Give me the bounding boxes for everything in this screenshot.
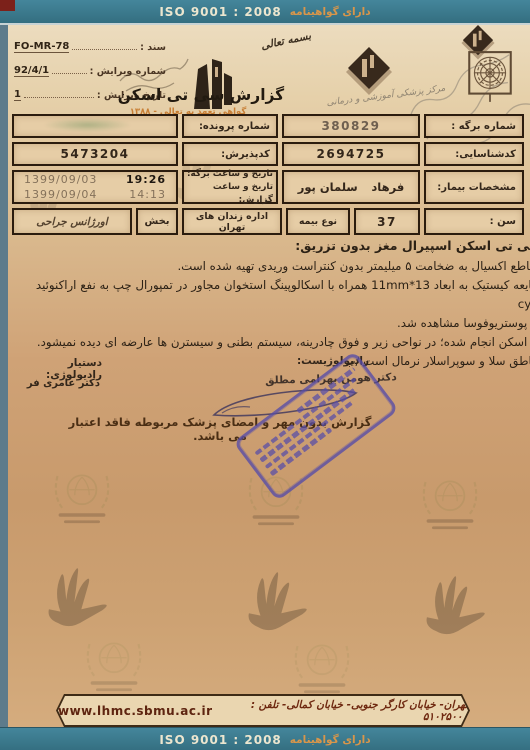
id-code-label-cell: کدشناسایی:	[424, 142, 524, 166]
report-heading: سی تی اسکن اسپیرال مغز بدون تزریق:	[10, 238, 530, 253]
hospital-building-icon	[188, 53, 238, 113]
table-row: شماره برگه : 380829 شماره پرونده:	[12, 114, 524, 138]
id-code-value-cell: 2694725	[282, 142, 420, 166]
stamp-smudge	[43, 118, 132, 132]
patient-label-cell: مشخصات بیمار:	[424, 170, 524, 204]
address-box: تهران- خیابان کارگر جنوبی- خیابان کمالی-…	[56, 694, 470, 727]
file-number-value-cell	[12, 114, 178, 138]
age-label-cell: سن :	[424, 208, 524, 235]
wreath-watermark-icon	[36, 461, 128, 533]
doc-code-row: سند : FO-MR-78	[14, 29, 166, 53]
iso-certificate-banner-bottom: دارای گواهینامه ISO 9001 : 2008	[0, 727, 530, 750]
iso-9001-label: ISO 9001 : 2008	[159, 733, 281, 747]
wreath-watermark-icon	[404, 467, 496, 539]
besmele-calligraphy: بسمه تعالی	[244, 26, 329, 55]
scan-corner-mark	[0, 0, 15, 11]
certificate-label: دارای گواهینامه	[290, 734, 371, 746]
patient-first-name: فرهاد	[371, 180, 404, 194]
report-line: در پوستریوفوسا مشاهده شد.	[10, 314, 530, 333]
patient-name-cell: فرهاد سلمان پور	[282, 170, 420, 204]
insurance-value-cell: اداره زندان های تهران	[182, 208, 282, 235]
report-body: سی تی اسکن اسپیرال مغز بدون تزریق: مقاطع…	[10, 238, 530, 371]
insurance-type-label-cell: نوع بیمه	[286, 208, 350, 235]
patient-info-table: شماره برگه : 380829 شماره پرونده: کدشناس…	[12, 114, 524, 239]
dove-watermark-icon	[42, 563, 116, 637]
report-date: 1399/09/04	[24, 187, 97, 202]
certificate-label: دارای گواهینامه	[290, 6, 371, 18]
report-time: 14:13	[129, 187, 166, 202]
ward-value-cell: اورژانس جراحی	[12, 208, 132, 235]
sheet-time: 19:26	[126, 172, 166, 187]
file-number-label-cell: شماره پرونده:	[182, 114, 278, 138]
hospital-website: www.lhmc.sbmu.ac.ir	[58, 704, 213, 718]
ward-label-cell: بخش	[136, 208, 178, 235]
table-row: سن : 37 نوع بیمه اداره زندان های تهران ب…	[12, 208, 524, 235]
doc-code-value: FO-MR-78	[14, 41, 69, 53]
revision-number-value: 92/4/1	[14, 65, 49, 77]
admission-code-value-cell: 5473204	[12, 142, 178, 166]
sheet-datetime-label: تاریخ و ساعت برگه:	[187, 168, 273, 181]
wreath-watermark-icon	[276, 631, 368, 703]
assistant-name: دکتر عامری فر	[20, 378, 100, 389]
doc-code-label: سند :	[140, 42, 166, 53]
report-line: ضایعه کیستیک به ابعاد 13*11mm همراه با ا…	[10, 276, 530, 314]
report-paper: سند : FO-MR-78 شماره ویرایش : 92/4/1 تار…	[8, 23, 530, 727]
revision-number-label: شماره ویرایش :	[90, 66, 166, 77]
table-row: مشخصات بیمار: فرهاد سلمان پور تاریخ و سا…	[12, 170, 524, 204]
sheet-date: 1399/09/03	[24, 172, 97, 187]
admission-code-label-cell: کدپذیرش:	[182, 142, 278, 166]
patient-family-name: سلمان پور	[298, 180, 358, 194]
report-datetime-label: تاریخ و ساعت گزارش:	[187, 181, 273, 207]
table-row: کدشناسایی: 2694725 کدپذیرش: 5473204	[12, 142, 524, 166]
report-line: مقاطع اکسیال به ضخامت ۵ میلیمتر بدون کنت…	[10, 257, 530, 276]
iso-certificate-banner-top: دارای گواهینامه ISO 9001 : 2008	[0, 0, 530, 25]
wreath-watermark-icon	[68, 629, 160, 701]
dove-watermark-icon	[420, 571, 494, 645]
page-title: گزارش سی تی اسکن	[106, 86, 296, 104]
revision-number-row: شماره ویرایش : 92/4/1	[14, 53, 166, 77]
dove-watermark-icon	[242, 567, 316, 641]
revision-date-value: 1	[14, 89, 21, 101]
report-line: در اسکن انجام شده؛ در نواحی زیر و فوق چا…	[10, 333, 530, 352]
dotted-line	[52, 73, 86, 74]
sheet-number-value-cell: 380829	[282, 114, 420, 138]
datetime-values-cell: 1399/09/03 19:26 1399/09/04 14:13	[12, 170, 178, 204]
sheet-number-label-cell: شماره برگه :	[424, 114, 524, 138]
dotted-line	[72, 49, 137, 50]
scanned-ct-report-page: دارای گواهینامه ISO 9001 : 2008 سند : FO…	[0, 0, 530, 750]
dotted-line	[24, 97, 94, 98]
iso-9001-label: ISO 9001 : 2008	[159, 5, 281, 19]
sheet-datetime-value: 1399/09/03 19:26	[24, 172, 166, 187]
datetime-labels-cell: تاریخ و ساعت برگه: تاریخ و ساعت گزارش:	[182, 170, 278, 204]
hospital-diamond-logo-icon	[344, 47, 394, 97]
age-value-cell: 37	[354, 208, 420, 235]
hospital-address: تهران- خیابان کارگر جنوبی- خیابان کمالی-…	[213, 699, 468, 723]
address-box-inner: تهران- خیابان کارگر جنوبی- خیابان کمالی-…	[58, 696, 468, 725]
report-datetime-value: 1399/09/04 14:13	[24, 187, 166, 202]
university-emblem-icon	[466, 49, 514, 105]
